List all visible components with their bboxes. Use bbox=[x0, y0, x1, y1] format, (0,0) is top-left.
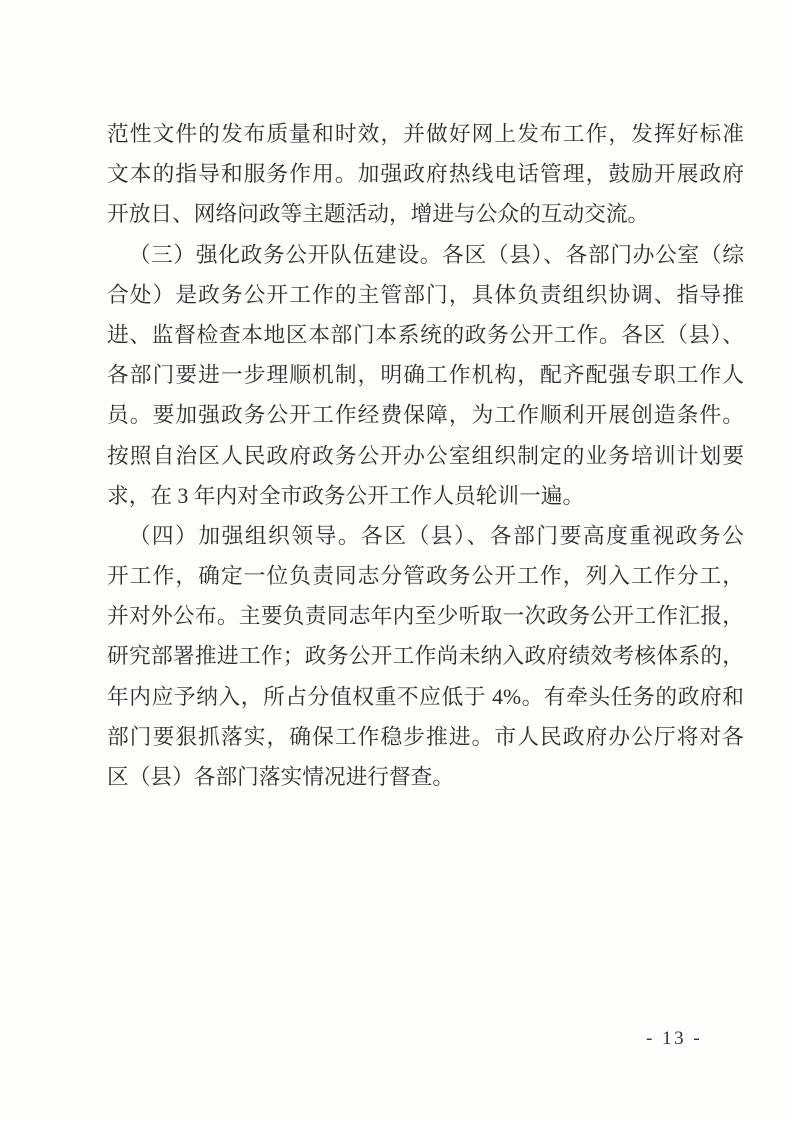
text-line: 年内应予纳入，所占分值权重不应低于 4%。有牵头任务的政府和 bbox=[107, 677, 744, 717]
text-line: 合处）是政务公开工作的主管部门，具体负责组织协调、指导推 bbox=[107, 275, 744, 315]
text-line: 文本的指导和服务作用。加强政府热线电话管理，鼓励开展政府 bbox=[107, 154, 744, 194]
text-line-section-4-heading: （四）加强组织领导。各区（县）、各部门要高度重视政务公 bbox=[107, 516, 744, 556]
document-body-text: 范性文件的发布质量和时效，并做好网上发布工作，发挥好标准 文本的指导和服务作用。… bbox=[107, 114, 744, 797]
page-number: - 13 - bbox=[646, 1028, 702, 1050]
text-line: 各部门要进一步理顺机制，明确工作机构，配齐配强专职工作人 bbox=[107, 355, 744, 395]
text-line: 范性文件的发布质量和时效，并做好网上发布工作，发挥好标准 bbox=[107, 114, 744, 154]
document-page: 范性文件的发布质量和时效，并做好网上发布工作，发挥好标准 文本的指导和服务作用。… bbox=[0, 0, 793, 1121]
text-line: 研究部署推进工作；政务公开工作尚未纳入政府绩效考核体系的， bbox=[107, 636, 744, 676]
text-line: 区（县）各部门落实情况进行督查。 bbox=[107, 757, 744, 797]
text-line: 员。要加强政务公开工作经费保障，为工作顺利开展创造条件。 bbox=[107, 395, 744, 435]
text-line: 并对外公布。主要负责同志年内至少听取一次政务公开工作汇报， bbox=[107, 596, 744, 636]
text-line: 开放日、网络问政等主题活动，增进与公众的互动交流。 bbox=[107, 194, 744, 234]
text-line: 进、监督检查本地区本部门本系统的政务公开工作。各区（县）、 bbox=[107, 315, 744, 355]
text-line-section-3-heading: （三）强化政务公开队伍建设。各区（县）、各部门办公室（综 bbox=[107, 235, 744, 275]
text-line: 开工作，确定一位负责同志分管政务公开工作，列入工作分工， bbox=[107, 556, 744, 596]
text-line: 部门要狠抓落实，确保工作稳步推进。市人民政府办公厅将对各 bbox=[107, 717, 744, 757]
text-line: 求，在 3 年内对全市政务公开工作人员轮训一遍。 bbox=[107, 476, 744, 516]
text-line: 按照自治区人民政府政务公开办公室组织制定的业务培训计划要 bbox=[107, 436, 744, 476]
